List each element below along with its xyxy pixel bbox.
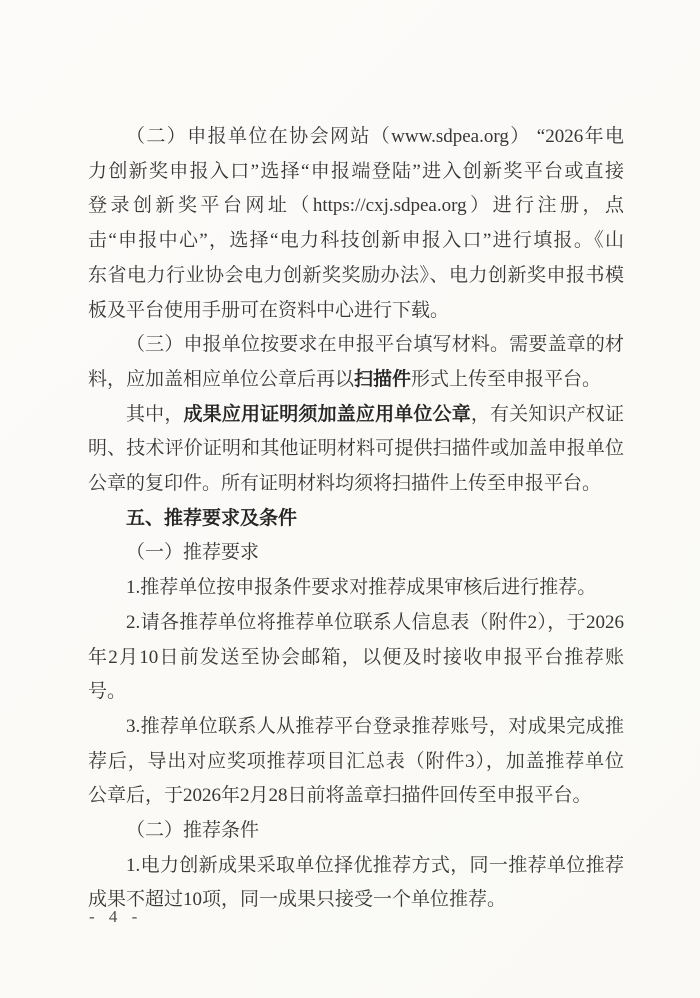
text-line: 力创新奖申报入口”选择“申报端登陆”进入创新奖平台或直接 <box>88 155 624 190</box>
text-run: （一）推荐要求 <box>126 542 259 563</box>
text-run: 登录创新奖平台网址（https://cxj.sdpea.org）进行注册，点 <box>88 195 624 216</box>
text-run: 力创新奖申报入口”选择“申报端登陆”进入创新奖平台或直接 <box>88 161 624 182</box>
text-line: 1.电力创新成果采取单位择优推荐方式，同一推荐单位推荐 <box>88 849 624 884</box>
document-body: （二）申报单位在协会网站（www.sdpea.org） “2026年电力创新奖申… <box>88 120 624 918</box>
text-run: （三）申报单位按要求在申报平台填写材料。需要盖章的材 <box>126 334 624 355</box>
text-line: 五、推荐要求及条件 <box>88 502 624 537</box>
text-run: （二）申报单位在协会网站（www.sdpea.org） “2026年电 <box>126 126 624 147</box>
text-line: 2.请各推荐单位将推荐单位联系人信息表（附件2），于2026 <box>88 606 624 641</box>
text-run: （二）推荐条件 <box>126 820 259 841</box>
text-line: （二）推荐条件 <box>88 814 624 849</box>
text-line: 其中，成果应用证明须加盖应用单位公章，有关知识产权证 <box>88 398 624 433</box>
text-line: 登录创新奖平台网址（https://cxj.sdpea.org）进行注册，点 <box>88 189 624 224</box>
bold-text-run: 扫描件 <box>354 369 411 390</box>
text-run: 公章后，于2026年2月28日前将盖章扫描件回传至申报平台。 <box>88 785 592 806</box>
text-run: 明、技术评价证明和其他证明材料可提供扫描件或加盖申报单位 <box>88 438 624 459</box>
text-run: 形式上传至申报平台。 <box>411 369 601 390</box>
scanned-document-page: （二）申报单位在协会网站（www.sdpea.org） “2026年电力创新奖申… <box>0 0 700 998</box>
text-run: 1.推荐单位按申报条件要求对推荐成果审核后进行推荐。 <box>126 577 596 598</box>
text-run: 荐后，导出对应奖项推荐项目汇总表（附件3），加盖推荐单位 <box>88 751 624 772</box>
text-line: 公章的复印件。所有证明材料均须将扫描件上传至申报平台。 <box>88 467 624 502</box>
text-line: 击“申报中心”，选择“电力科技创新申报入口”进行填报。《山 <box>88 224 624 259</box>
text-run: 2.请各推荐单位将推荐单位联系人信息表（附件2），于2026 <box>126 612 624 633</box>
text-run: 五、推荐要求及条件 <box>126 508 297 529</box>
text-run: 年2月10日前发送至协会邮箱，以便及时接收申报平台推荐账号。 <box>88 647 624 703</box>
text-run: 东省电力行业协会电力创新奖奖励办法》、电力创新奖申报书模 <box>88 265 624 286</box>
text-line: 3.推荐单位联系人从推荐平台登录推荐账号，对成果完成推 <box>88 710 624 745</box>
page-number: - 4 - <box>89 903 142 931</box>
text-run: 1.电力创新成果采取单位择优推荐方式，同一推荐单位推荐 <box>126 855 624 876</box>
text-line: 成果不超过10项，同一成果只接受一个单位推荐。 <box>88 883 624 918</box>
text-run: 公章的复印件。所有证明材料均须将扫描件上传至申报平台。 <box>88 473 601 494</box>
bold-text-run: 成果应用证明须加盖应用单位公章 <box>183 404 470 425</box>
text-run: 击“申报中心”，选择“电力科技创新申报入口”进行填报。《山 <box>88 230 624 251</box>
text-line: 板及平台使用手册可在资料中心进行下载。 <box>88 294 624 329</box>
text-line: 公章后，于2026年2月28日前将盖章扫描件回传至申报平台。 <box>88 779 624 814</box>
text-run: 3.推荐单位联系人从推荐平台登录推荐账号，对成果完成推 <box>126 716 624 737</box>
text-line: 1.推荐单位按申报条件要求对推荐成果审核后进行推荐。 <box>88 571 624 606</box>
text-line: （一）推荐要求 <box>88 536 624 571</box>
text-run: 其中， <box>126 404 183 425</box>
text-run: 成果不超过10项，同一成果只接受一个单位推荐。 <box>88 889 506 910</box>
text-line: 明、技术评价证明和其他证明材料可提供扫描件或加盖申报单位 <box>88 432 624 467</box>
text-line: 年2月10日前发送至协会邮箱，以便及时接收申报平台推荐账号。 <box>88 641 624 710</box>
text-run: 板及平台使用手册可在资料中心进行下载。 <box>88 300 449 321</box>
text-line: 东省电力行业协会电力创新奖奖励办法》、电力创新奖申报书模 <box>88 259 624 294</box>
text-run: ，有关知识产权证 <box>471 404 624 425</box>
text-line: 荐后，导出对应奖项推荐项目汇总表（附件3），加盖推荐单位 <box>88 745 624 780</box>
text-line: （二）申报单位在协会网站（www.sdpea.org） “2026年电 <box>88 120 624 155</box>
text-run: 料，应加盖相应单位公章后再以 <box>88 369 354 390</box>
text-line: 料，应加盖相应单位公章后再以扫描件形式上传至申报平台。 <box>88 363 624 398</box>
text-line: （三）申报单位按要求在申报平台填写材料。需要盖章的材 <box>88 328 624 363</box>
